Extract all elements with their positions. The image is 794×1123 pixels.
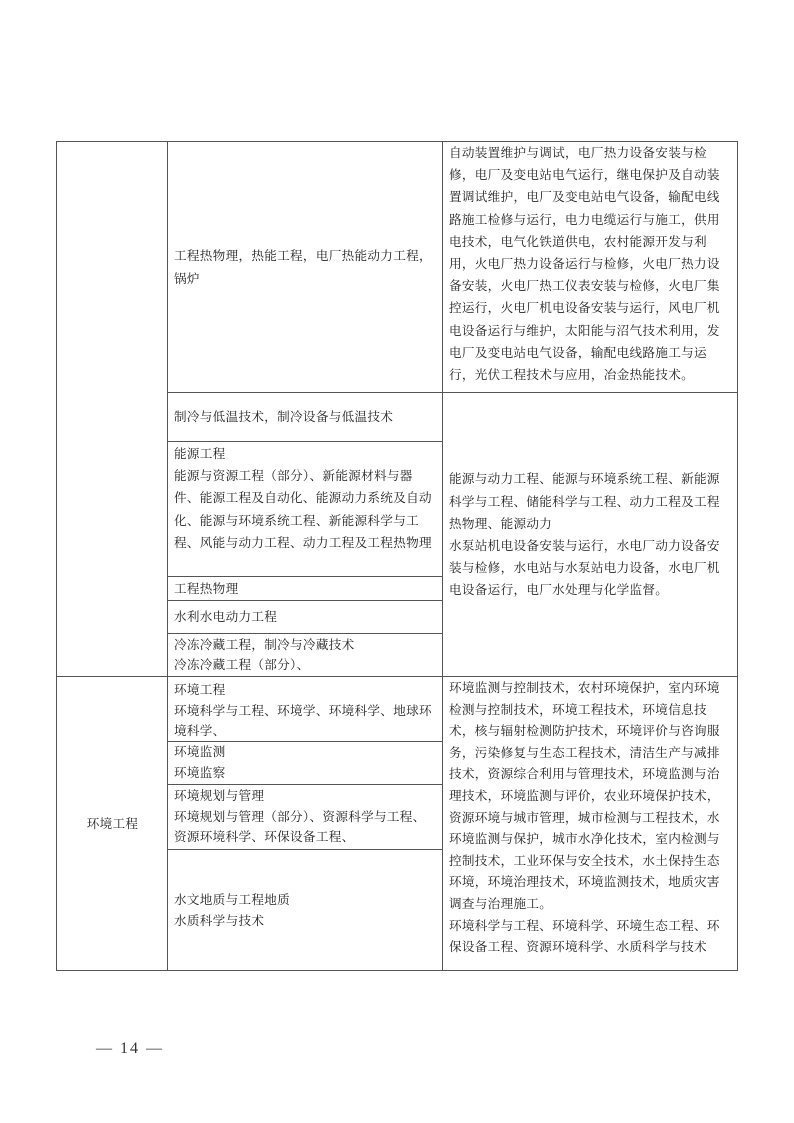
- related-text: 自动装置维护与调试，电厂热力设备安装与检修，电厂及变电站电气运行，继电保护及自动…: [449, 142, 732, 386]
- related-text: 环境监测与控制技术，农村环境保护，室内环境检测与控制技术，环境工程技术，环境信息…: [449, 677, 732, 915]
- major-text: 能源与资源工程（部分）、新能源材料与器件、能源工程及自动化、能源动力系统及自动化…: [174, 465, 437, 554]
- major-text: 水质科学与技术: [174, 911, 437, 932]
- major-text: 水文地质与工程地质: [174, 890, 437, 911]
- major-text: 工程热物理: [174, 578, 437, 600]
- majors-cell: 水文地质与工程地质 水质科学与技术: [167, 849, 443, 971]
- major-text: 环境监测: [174, 742, 437, 763]
- related-majors-cell: 自动装置维护与调试，电厂热力设备安装与检修，电厂及变电站电气运行，继电保护及自动…: [442, 141, 738, 393]
- major-text: 环境工程: [174, 680, 437, 701]
- category-label: 环境工程: [87, 813, 139, 835]
- major-text: 环境监察: [174, 763, 437, 784]
- majors-cell: 环境工程 环境科学与工程、环境学、环境科学、地球环境科学、: [167, 676, 443, 742]
- major-text: 工程热物理，热能工程，电厂热能动力工程，锅炉: [174, 245, 437, 289]
- majors-cell: 能源工程 能源与资源工程（部分）、新能源材料与器件、能源工程及自动化、能源动力系…: [167, 441, 443, 577]
- page-number: — 14 —: [96, 1040, 164, 1058]
- major-text: 水利水电动力工程: [174, 606, 437, 628]
- majors-cell: 冷冻冷藏工程，制冷与冷藏技术 冷冻冷藏工程（部分）、: [167, 633, 443, 677]
- major-text: 冷冻冷藏工程（部分）、: [174, 655, 437, 675]
- majors-cell: 环境监测 环境监察: [167, 741, 443, 785]
- related-majors-cell: 能源与动力工程、能源与环境系统工程、新能源科学与工程、储能科学与工程、动力工程及…: [442, 392, 738, 677]
- category-cell: [56, 141, 168, 677]
- majors-cell: 工程热物理: [167, 576, 443, 601]
- major-text: 环境规划与管理（部分）、资源科学与工程、资源环境科学、环保设备工程、: [174, 807, 437, 848]
- major-text: 能源工程: [174, 443, 437, 465]
- major-text: 冷冻冷藏工程，制冷与冷藏技术: [174, 635, 437, 655]
- related-text: 环境科学与工程、环境科学、环境生态工程、环保设备工程、资源环境科学、水质科学与技…: [449, 915, 732, 958]
- majors-cell: 制冷与低温技术，制冷设备与低温技术: [167, 392, 443, 442]
- related-majors-cell: 环境监测与控制技术，农村环境保护，室内环境检测与控制技术，环境工程技术，环境信息…: [442, 676, 738, 971]
- majors-cell: 水利水电动力工程: [167, 600, 443, 634]
- category-cell: 环境工程: [56, 676, 168, 971]
- related-text: 能源与动力工程、能源与环境系统工程、新能源科学与工程、储能科学与工程、动力工程及…: [449, 468, 732, 535]
- majors-cell: 工程热物理，热能工程，电厂热能动力工程，锅炉: [167, 141, 443, 393]
- major-text: 环境规划与管理: [174, 786, 437, 807]
- major-text: 环境科学与工程、环境学、环境科学、地球环境科学、: [174, 701, 437, 742]
- majors-cell: 环境规划与管理 环境规划与管理（部分）、资源科学与工程、资源环境科学、环保设备工…: [167, 784, 443, 850]
- major-text: 制冷与低温技术，制冷设备与低温技术: [174, 406, 437, 428]
- related-text: 水泵站机电设备安装与运行，水电厂动力设备安装与检修，水电站与水泵站电力设备，水电…: [449, 535, 732, 602]
